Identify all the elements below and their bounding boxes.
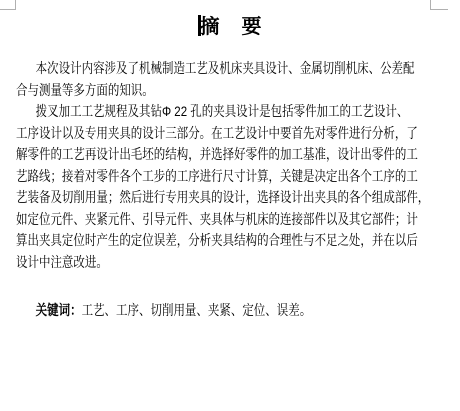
keywords-line: 关键词：工艺、工序、切削用量、夹紧、定位、误差。 (16, 300, 369, 322)
abstract-line: 拨叉加工工艺规程及其钻Φ 22 孔的夹具设计是包括零件加工的工艺设计、 (16, 101, 369, 123)
abstract-line: 艺装备及切削用量；然后进行专用夹具的设计，选择设计出夹具的各个组成部件， (16, 187, 369, 209)
keywords-text: 工艺、工序、切削用量、夹紧、定位、误差。 (82, 302, 312, 318)
abstract-title-text: 摘 要 (200, 16, 263, 38)
abstract-line: 本次设计内容涉及了机械制造工艺及机床夹具设计、金属切削机床、公差配 (16, 58, 369, 80)
abstract-line: 如定位元件、夹紧元件、引导元件、夹具体与机床的连接部件以及其它部件；计 (16, 209, 369, 231)
abstract-line: 设计中注意改进。 (16, 252, 369, 274)
document-page[interactable]: 摘 要 本次设计内容涉及了机械制造工艺及机床夹具设计、金属切削机床、公差配 合与… (0, 0, 460, 411)
crop-mark-top-right (430, 0, 448, 10)
abstract-title: 摘 要 (0, 15, 460, 40)
abstract-line: 工序设计以及专用夹具的设计三部分。在工艺设计中要首先对零件进行分析，了 (16, 123, 369, 145)
keywords-label: 关键词： (36, 302, 82, 318)
abstract-line: 艺路线；接着对零件各个工步的工序进行尺寸计算，关键是决定出各个工序的工 (16, 166, 369, 188)
abstract-line: 合与测量等多方面的知识。 (16, 80, 369, 102)
abstract-line: 解零件的工艺再设计出毛坯的结构，并选择好零件的加工基准，设计出零件的工 (16, 144, 369, 166)
abstract-body[interactable]: 本次设计内容涉及了机械制造工艺及机床夹具设计、金属切削机床、公差配 合与测量等多… (16, 58, 446, 322)
abstract-line: 算出夹具定位时产生的定位误差，分析夹具结构的合理性与不足之处，并在以后 (16, 230, 369, 252)
crop-mark-top-left (0, 0, 16, 10)
